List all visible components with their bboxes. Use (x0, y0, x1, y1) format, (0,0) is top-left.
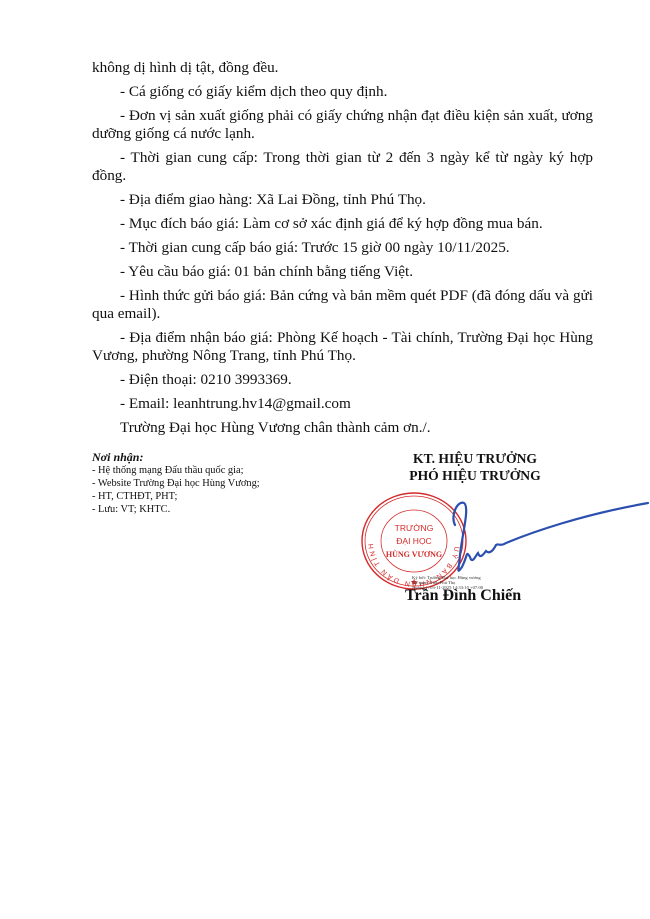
document-paragraph: - Yêu cầu báo giá: 01 bản chính bằng tiế… (92, 263, 593, 281)
document-body: không dị hình dị tật, đồng đều.- Cá giốn… (92, 59, 593, 443)
document-paragraph: Trường Đại học Hùng Vương chân thành cảm… (92, 419, 593, 437)
document-page: không dị hình dị tật, đồng đều.- Cá giốn… (0, 0, 650, 919)
document-paragraph: - Cá giống có giấy kiểm dịch theo quy đị… (92, 83, 593, 101)
svg-text:HÙNG VƯƠNG: HÙNG VƯƠNG (386, 549, 442, 559)
receiver-item: - HT, CTHĐT, PHT; (92, 490, 332, 503)
sign-title-line2: PHÓ HIỆU TRƯỞNG (350, 467, 600, 484)
document-paragraph: không dị hình dị tật, đồng đều. (92, 59, 593, 77)
document-paragraph: - Địa điểm giao hàng: Xã Lai Đồng, tỉnh … (92, 191, 593, 209)
receiver-item: - Website Trường Đại học Hùng Vương; (92, 477, 332, 490)
document-paragraph: - Đơn vị sản xuất giống phải có giấy chứ… (92, 107, 593, 143)
document-paragraph: - Email: leanhtrung.hv14@gmail.com (92, 395, 593, 413)
receivers-block: Nơi nhận: - Hệ thống mạng Đấu thầu quốc … (92, 450, 332, 516)
handwritten-signature-icon (450, 495, 650, 585)
svg-text:ĐẠI HỌC: ĐẠI HỌC (396, 536, 431, 546)
document-paragraph: - Thời gian cung cấp báo giá: Trước 15 g… (92, 239, 593, 257)
document-paragraph: - Mục đích báo giá: Làm cơ sở xác định g… (92, 215, 593, 233)
document-paragraph: - Thời gian cung cấp: Trong thời gian từ… (92, 149, 593, 185)
receivers-title: Nơi nhận: (92, 450, 332, 464)
sign-title-line1: KT. HIỆU TRƯỞNG (350, 450, 600, 467)
receiver-item: - Lưu: VT; KHTC. (92, 503, 332, 516)
document-paragraph: - Địa điểm nhận báo giá: Phòng Kế hoạch … (92, 329, 593, 365)
receiver-item: - Hệ thống mạng Đấu thầu quốc gia; (92, 464, 332, 477)
document-paragraph: - Điện thoại: 0210 3993369. (92, 371, 593, 389)
svg-text:TRƯỜNG: TRƯỜNG (395, 523, 434, 533)
signature-heading: KT. HIỆU TRƯỞNG PHÓ HIỆU TRƯỞNG (350, 450, 600, 484)
signer-name: Trần Đình Chiến (405, 587, 521, 605)
document-paragraph: - Hình thức gửi báo giá: Bản cứng và bản… (92, 287, 593, 323)
